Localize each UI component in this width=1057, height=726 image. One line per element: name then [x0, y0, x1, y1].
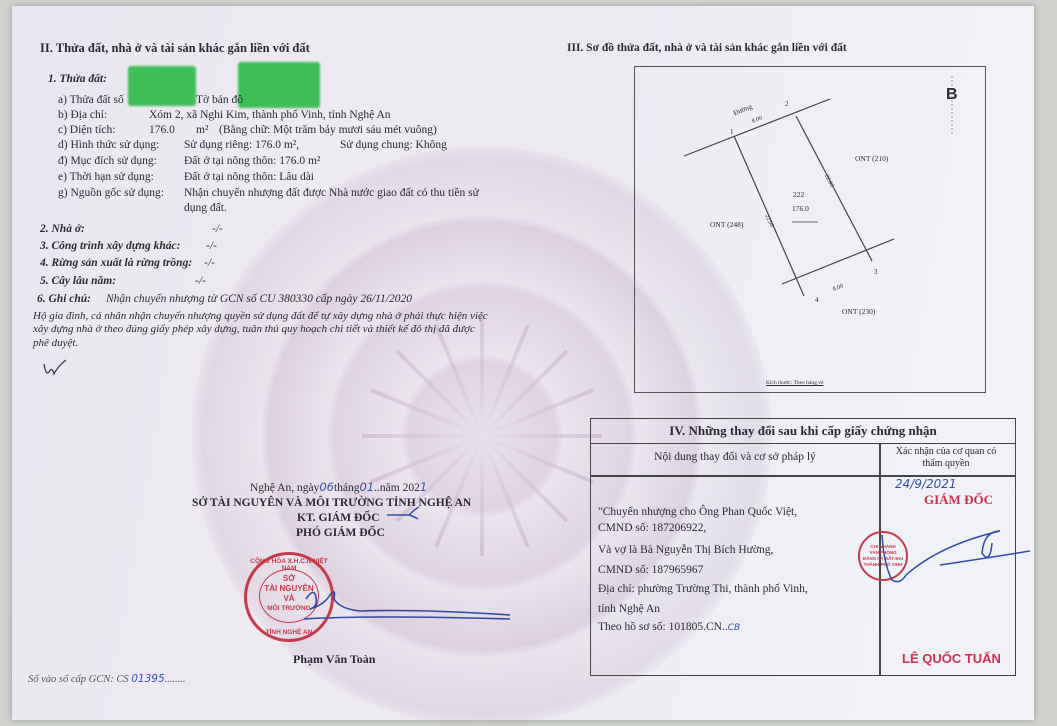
item-house-label: 2. Nhà ở: [40, 222, 85, 236]
seal-line-1: SỞ [260, 574, 318, 584]
land-a-map-label: Tờ bản đồ [196, 93, 243, 107]
date-day: 06 [319, 480, 334, 494]
signature-pham-van-toan [300, 585, 515, 625]
land-e-label: e) Thời hạn sử dụng: [58, 170, 154, 184]
land-dd-label: đ) Mục đích sử dụng: [58, 154, 157, 168]
col-content-header: Nội dung thay đổi và cơ sở pháp lý [591, 451, 879, 463]
registry-label: Số vào sổ cấp GCN: CS [28, 674, 129, 685]
land-heading: 1. Thửa đất: [48, 72, 107, 86]
confirm-role: GIÁM ĐỐC [924, 493, 993, 507]
redaction-parcel-number [128, 66, 196, 106]
parcel-area: 176.0 [792, 202, 809, 216]
change-line-2: CMND số: 187206922, [598, 521, 706, 535]
initials-mark-icon [40, 358, 70, 382]
change-line-4: CMND số: 187965967 [598, 563, 703, 577]
signature-le-quoc-tuan [880, 525, 1040, 635]
note-line-2: xây dựng nhà ở theo đúng giấy phép xây d… [33, 322, 475, 336]
col-confirm-header: Xác nhận của cơ quan có thẩm quyền [893, 446, 999, 470]
item-perennial-label: 5. Cây lâu năm: [40, 274, 116, 288]
item-other-construction-value: -/- [206, 239, 217, 253]
check-mark-icon [385, 505, 425, 521]
section-2-title: II. Thửa đất, nhà ở và tài sản khác gắn … [40, 41, 310, 55]
file-number: Theo hồ sơ số: 101805.CN.. [598, 621, 728, 633]
date-month-label: tháng [334, 482, 360, 494]
signer-role-1: KT. GIÁM ĐỐC [297, 511, 380, 525]
change-line-6: tỉnh Nghệ An [598, 602, 660, 616]
land-d-label: d) Hình thức sử dụng: [58, 138, 159, 152]
point-4: 4 [815, 293, 819, 307]
registry-value: 01395 [131, 673, 164, 685]
signer-role-2: PHÓ GIÁM ĐỐC [296, 526, 385, 540]
item-other-construction-label: 3. Công trình xây dựng khác: [40, 239, 180, 253]
land-area-words: (Bằng chữ: Một trăm bảy mươi sáu mét vuô… [219, 123, 437, 137]
section-3-title: III. Sơ đồ thửa đất, nhà ở và tài sản kh… [567, 41, 847, 55]
land-origin-2: dụng đất. [184, 201, 227, 215]
land-purpose: Đất ở tại nông thôn: 176.0 m² [184, 154, 320, 168]
land-term: Đất ở tại nông thôn: Lâu dài [184, 170, 314, 184]
parcel-number: 222 [793, 188, 804, 202]
note-line-1: Hộ gia đình, cá nhân nhận chuyển nhượng … [33, 309, 488, 323]
issue-place-date: Nghệ An, ngày06tháng01..năm 2021 [250, 480, 427, 495]
land-b-label: b) Địa chỉ: [58, 108, 107, 122]
note-line-3: phê duyệt. [33, 336, 78, 350]
signer-name: Phạm Văn Toàn [293, 652, 375, 666]
land-area: 176.0 [149, 123, 175, 137]
file-number-hand: CB [728, 623, 740, 633]
item-forest-value: -/- [204, 256, 215, 270]
seal-bottom-text: TỈNH NGHỆ AN [247, 629, 331, 636]
north-arrow-label: B [946, 88, 958, 102]
section-4-title: IV. Những thay đổi sau khi cấp giấy chứn… [591, 419, 1015, 444]
neighbor-left: ONT (248) [710, 218, 743, 232]
date-year-digit: 1 [420, 480, 427, 494]
change-line-5: Địa chỉ: phường Trường Thi, thành phố Vi… [598, 582, 808, 596]
redaction-map-sheet [238, 62, 320, 108]
land-address: Xóm 2, xã Nghi Kim, thành phố Vinh, tỉnh… [149, 108, 391, 122]
issuing-agency: SỞ TÀI NGUYÊN VÀ MÔI TRƯỜNG TỈNH NGHỆ AN [192, 496, 471, 510]
registry-number: Số vào sổ cấp GCN: CS 01395........ [28, 672, 186, 687]
item-house-value: -/- [212, 222, 223, 236]
point-1: 1 [730, 125, 734, 139]
change-line-1: "Chuyển nhượng cho Ông Phan Quốc Việt, [598, 504, 797, 521]
neighbor-right: ONT (210) [855, 152, 888, 166]
note-label: 6. Ghi chú: [37, 292, 91, 306]
confirm-signer-name: LÊ QUỐC TUẤN [902, 652, 1001, 666]
change-line-7: Theo hồ sơ số: 101805.CN..CB [598, 620, 740, 635]
item-forest-label: 4. Rừng sản xuất là rừng trồng: [40, 256, 192, 270]
date-year-label: ..năm 202 [374, 482, 420, 494]
neighbor-bottom: ONT (230) [842, 305, 875, 319]
land-shared-use: Sử dụng chung: Không [340, 138, 447, 152]
land-g-label: g) Nguồn gốc sử dụng: [58, 186, 164, 200]
date-month: 01 [360, 480, 375, 494]
point-2: 2 [785, 97, 789, 111]
land-a-label: a) Thửa đất số [58, 93, 124, 107]
point-3: 3 [874, 265, 878, 279]
land-area-unit: m² [196, 123, 208, 137]
land-c-label: c) Diện tích: [58, 123, 115, 137]
diagram-footer: Kích thước: Theo bảng vẽ [766, 376, 823, 390]
change-line-3: Và vợ là Bà Nguyễn Thị Bích Hường, [598, 543, 773, 557]
item-perennial-value: -/- [195, 274, 206, 288]
land-private-use: Sử dụng riêng: 176.0 m², [184, 138, 299, 152]
date-prefix: Nghệ An, ngày [250, 482, 319, 494]
confirm-date: 24/9/2021 [895, 477, 957, 491]
registry-dots: ........ [165, 674, 186, 685]
parcel-plot [634, 66, 986, 393]
note-value: Nhận chuyển nhượng từ GCN số CU 380330 c… [106, 292, 412, 306]
land-origin-1: Nhận chuyển nhượng đất được Nhà nước gia… [184, 186, 479, 200]
